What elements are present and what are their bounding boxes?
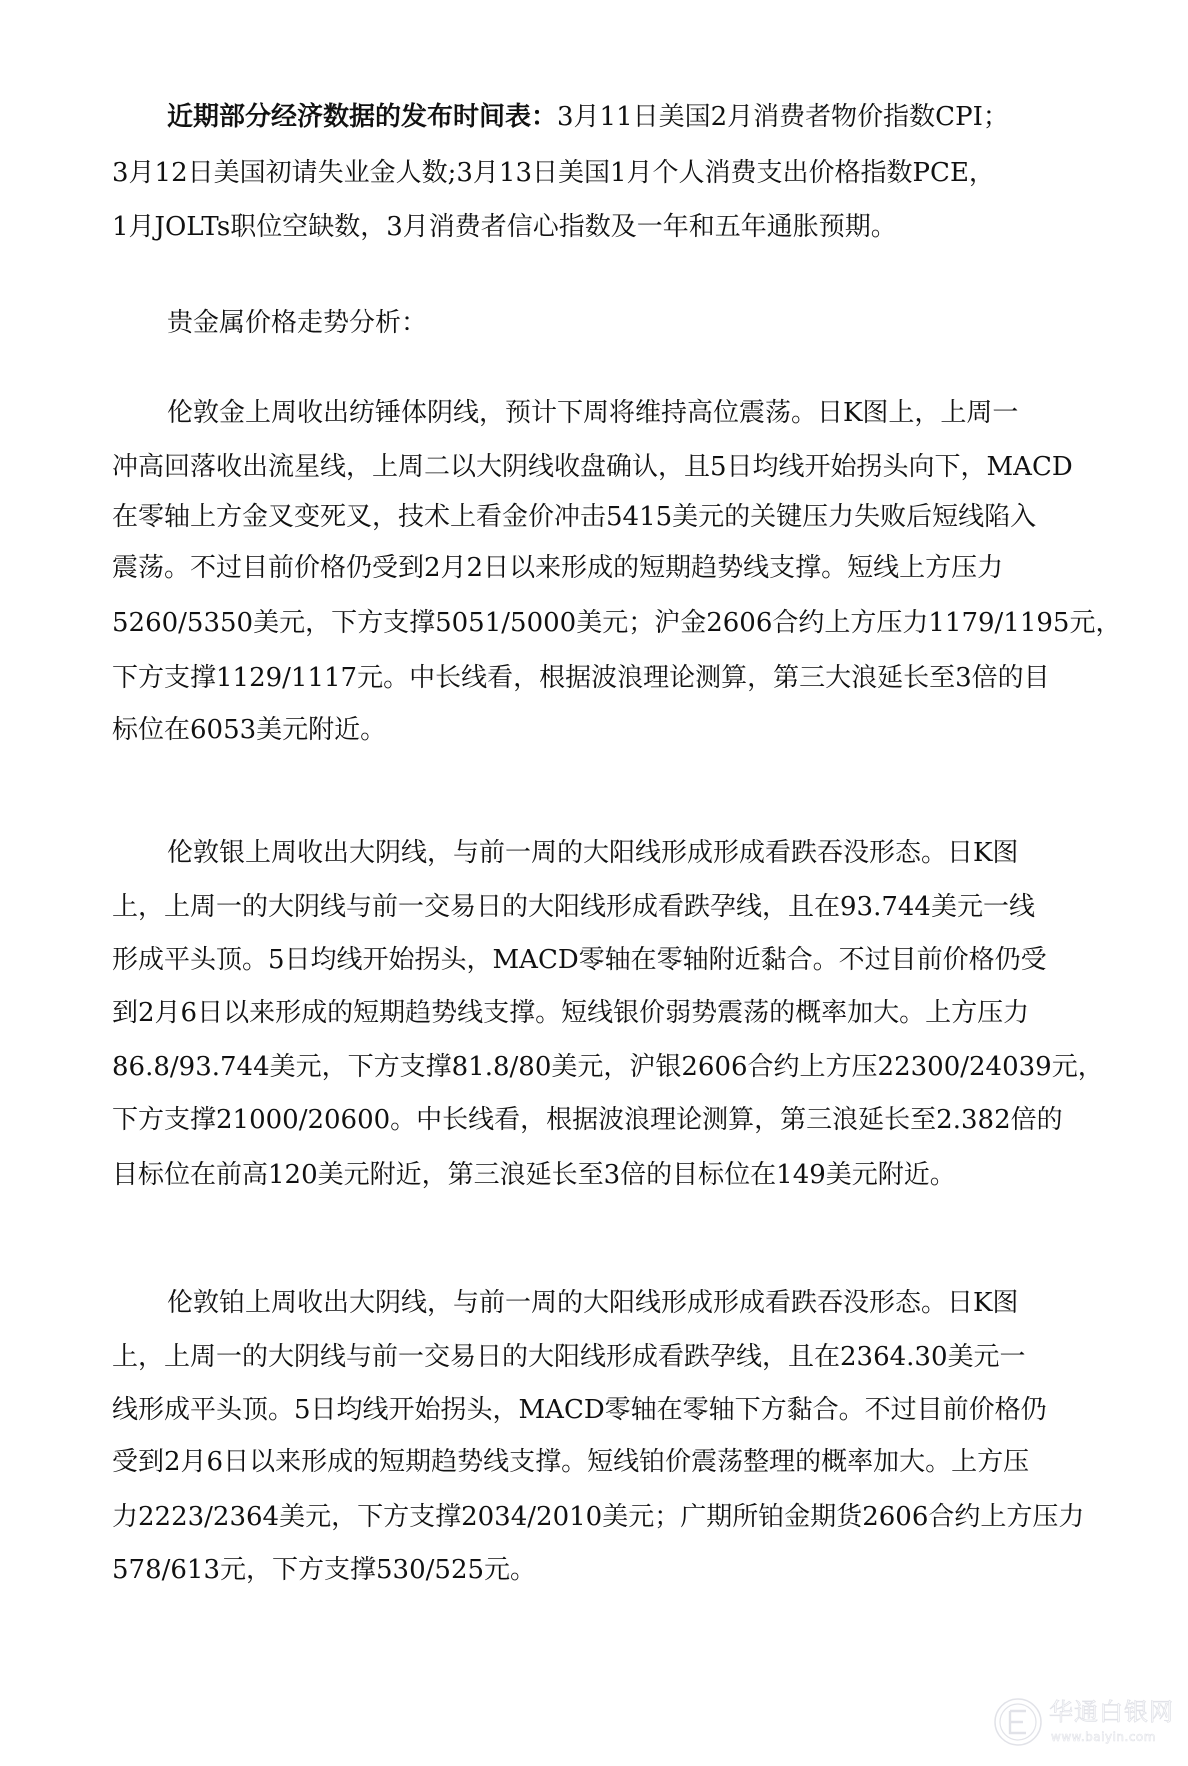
schedule-line-1-text: 3月11日美国2月消费者物价指数CPI； [557, 102, 1009, 132]
silver-line: 下方支撑21000/20600。中长线看，根据波浪理论测算，第三浪延长至2.38… [112, 1103, 1072, 1137]
gold-line: 冲高回落收出流星线，上周二以大阴线收盘确认，且5日均线开始拐头向下，MACD [112, 450, 1072, 484]
silver-line: 86.8/93.744美元，下方支撑81.8/80美元，沪银2606合约上方压2… [112, 1050, 1072, 1084]
schedule-line-3: 1月JOLTs职位空缺数，3月消费者信心指数及一年和五年通胀预期。 [112, 210, 1072, 244]
gold-line: 伦敦金上周收出纺锤体阴线，预计下周将维持高位震荡。日K图上，上周一 [167, 396, 1127, 430]
watermark-url: www.baiyin.com [1051, 1730, 1156, 1744]
section-heading: 贵金属价格走势分析： [167, 306, 1127, 340]
platinum-line: 受到2月6日以来形成的短期趋势线支撑。短线铂价震荡整理的概率加大。上方压 [112, 1445, 1072, 1479]
gold-line: 震荡。不过目前价格仍受到2月2日以来形成的短期趋势线支撑。短线上方压力 [112, 551, 1072, 585]
gold-line: 下方支撑1129/1117元。中长线看，根据波浪理论测算，第三大浪延长至3倍的目 [112, 661, 1072, 695]
platinum-line: 线形成平头顶。5日均线开始拐头，MACD零轴在零轴下方黏合。不过目前价格仍 [112, 1393, 1072, 1427]
baiyin-logo-icon [993, 1697, 1043, 1747]
silver-line: 目标位在前高120美元附近，第三浪延长至3倍的目标位在149美元附近。 [112, 1158, 1072, 1192]
silver-line: 伦敦银上周收出大阴线，与前一周的大阳线形成形成看跌吞没形态。日K图 [167, 836, 1127, 870]
gold-line: 5260/5350美元，下方支撑5051/5000美元；沪金2606合约上方压力… [112, 606, 1072, 640]
watermark-title: 华通白银网 [1049, 1699, 1174, 1725]
watermark: 华通白银网 www.baiyin.com [993, 1697, 1178, 1749]
schedule-line-1: 近期部分经济数据的发布时间表：3月11日美国2月消费者物价指数CPI； [167, 100, 1127, 134]
gold-line: 标位在6053美元附近。 [112, 713, 1072, 747]
gold-line: 在零轴上方金叉变死叉，技术上看金价冲击5415美元的关键压力失败后短线陷入 [112, 500, 1072, 534]
silver-line: 到2月6日以来形成的短期趋势线支撑。短线银价弱势震荡的概率加大。上方压力 [112, 996, 1072, 1030]
schedule-line-2: 3月12日美国初请失业金人数;3月13日美国1月个人消费支出价格指数PCE， [112, 156, 1072, 190]
platinum-line: 力2223/2364美元，下方支撑2034/2010美元；广期所铂金期货2606… [112, 1500, 1072, 1534]
platinum-line: 上，上周一的大阴线与前一交易日的大阳线形成看跌孕线，且在2364.30美元一 [112, 1340, 1072, 1374]
schedule-label: 近期部分经济数据的发布时间表： [167, 102, 557, 132]
silver-line: 形成平头顶。5日均线开始拐头，MACD零轴在零轴附近黏合。不过目前价格仍受 [112, 943, 1072, 977]
platinum-line: 伦敦铂上周收出大阴线，与前一周的大阳线形成形成看跌吞没形态。日K图 [167, 1286, 1127, 1320]
platinum-line: 578/613元，下方支撑530/525元。 [112, 1553, 1072, 1587]
silver-line: 上，上周一的大阴线与前一交易日的大阳线形成看跌孕线，且在93.744美元一线 [112, 890, 1072, 924]
